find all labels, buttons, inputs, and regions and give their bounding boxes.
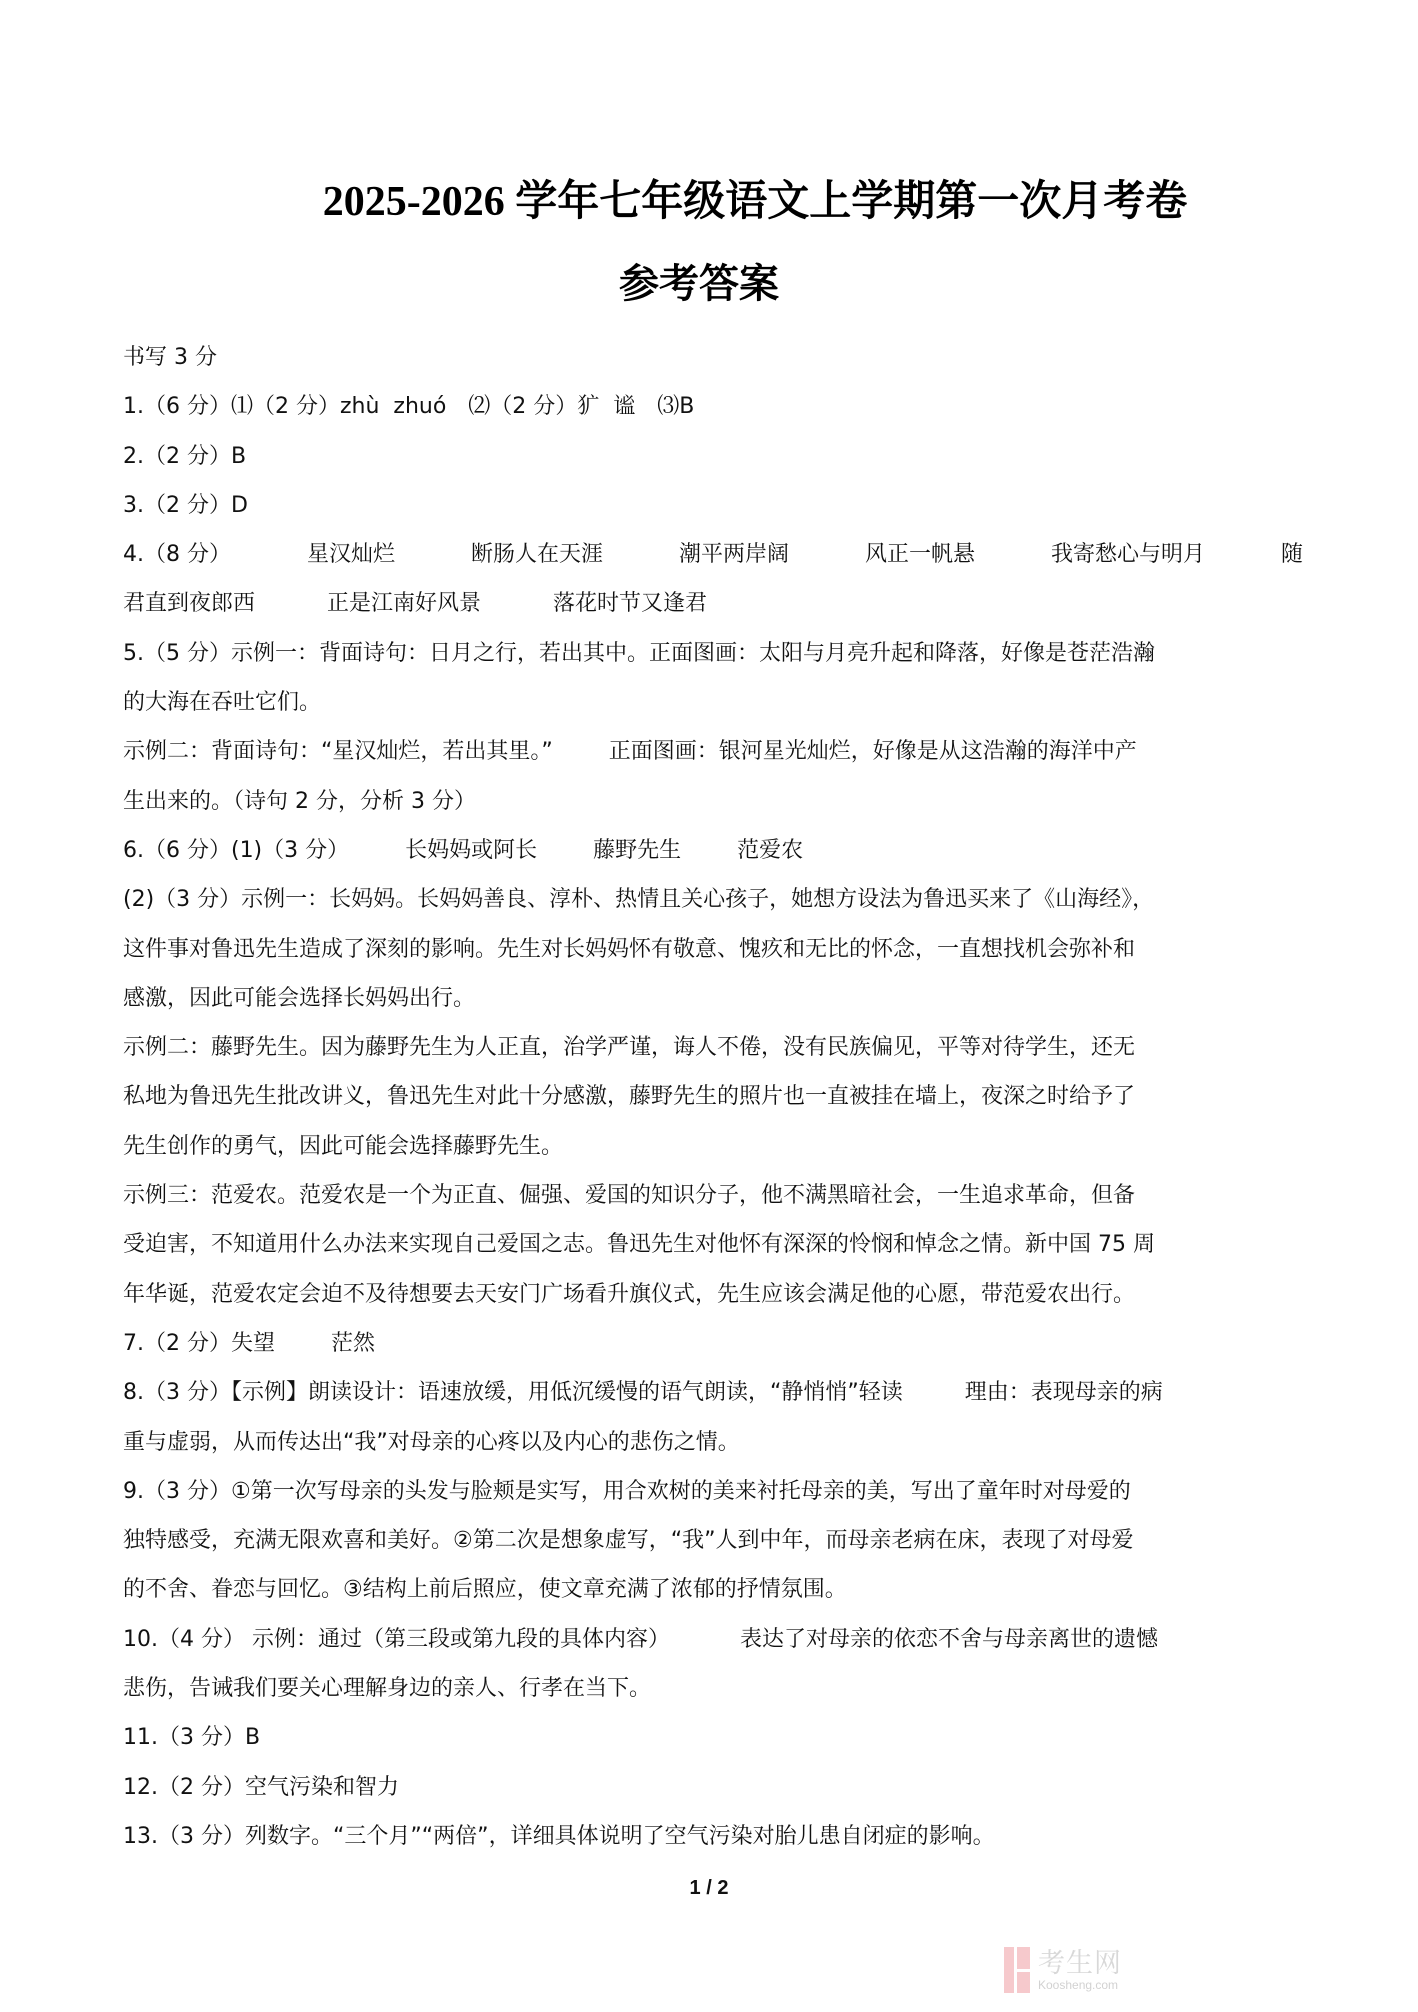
answer-q12: 12.（2 分） 空气污染和智力 [123, 1763, 1303, 1812]
answer-q8-line2: 重与虚弱，从而传达出“我”对母亲的心疼以及内心的悲伤之情。 [123, 1418, 1303, 1467]
page-subtitle: 参考答案 [0, 252, 1408, 309]
answer-q7: 7.（2 分） 失望 茫然 [123, 1319, 1303, 1368]
answer-q6-ex1-line3: 感激，因此可能会选择长妈妈出行。 [123, 974, 1303, 1023]
answer-key-page: 2025-2026 学年七年级语文上学期第一次月考卷 参考答案 书写 3 分 1… [0, 0, 1418, 2012]
watermark-domain: Koosheng.com [1038, 1979, 1122, 1991]
answer-q4-line2: 君直到夜郎西 正是江南好风景 落花时节又逢君 [123, 579, 1303, 628]
answer-q6-ex3-line1: 示例三：范爱农。范爱农是一个为正直、倔强、爱国的知识分子，他不满黑暗社会，一生追… [123, 1171, 1303, 1220]
answer-q1: 1.（6 分） ⑴（2 分）zhù zhuó ⑵（2 分）犷 谧 ⑶B [123, 382, 1303, 431]
q1-label: 1.（6 分） [123, 382, 231, 431]
answer-q5-line2: 的大海在吞吐它们。 [123, 678, 1303, 727]
answer-q6-ex2-line2: 私地为鲁迅先生批改讲义，鲁迅先生对此十分感激，藤野先生的照片也一直被挂在墙上，夜… [123, 1072, 1303, 1121]
answer-q6-part1: 6.（6 分）(1)（3 分） 长妈妈或阿长 藤野先生 范爱农 [123, 826, 1303, 875]
answer-q11: 11.（3 分） B [123, 1713, 1303, 1762]
answer-q8-line1: 8.（3 分）【示例】朗读设计：语速放缓，用低沉缓慢的语气朗读，“静悄悄”轻读 … [123, 1368, 1303, 1417]
answer-q10-line2: 悲伤，告诫我们要关心理解身边的亲人、行孝在当下。 [123, 1664, 1303, 1713]
watermark: 考生网 Koosheng.com [1004, 1946, 1164, 1994]
q1-part1: ⑴（2 分）zhù zhuó [231, 382, 446, 431]
answer-q9-line2: 独特感受，充满无限欢喜和美好。②第二次是想象虚写，“我”人到中年，而母亲老病在床… [123, 1516, 1303, 1565]
answer-q6-ex1-line1: (2)（3 分）示例一：长妈妈。长妈妈善良、淳朴、热情且关心孩子，她想方设法为鲁… [123, 875, 1303, 924]
answer-q4-line1: 4.（8 分） 星汉灿烂 断肠人在天涯 潮平两岸阔 风正一帆悬 我寄愁心与明月 … [123, 530, 1303, 579]
answer-q2: 2.（2 分） B [123, 432, 1303, 481]
answer-q5-line3: 示例二：背面诗句：“星汉灿烂，若出其里。” 正面图画：银河星光灿烂，好像是从这浩… [123, 727, 1303, 776]
answer-q13: 13.（3 分） 列数字。“三个月”“两倍”，详细具体说明了空气污染对胎儿患自闭… [123, 1812, 1303, 1861]
q1-part3: ⑶B [657, 382, 694, 431]
answer-q6-ex2-line1: 示例二：藤野先生。因为藤野先生为人正直，治学严谨，诲人不倦，没有民族偏见，平等对… [123, 1023, 1303, 1072]
watermark-name: 考生网 [1038, 1950, 1122, 1977]
answer-q3: 3.（2 分） D [123, 481, 1303, 530]
answer-q9-line3: 的不舍、眷恋与回忆。③结构上前后照应，使文章充满了浓郁的抒情氛围。 [123, 1565, 1303, 1614]
answer-q5-line1: 5.（5 分）示例一：背面诗句：日月之行，若出其中。正面图画：太阳与月亮升起和降… [123, 629, 1303, 678]
writing-score: 书写 3 分 [123, 333, 1303, 382]
answer-q6-ex1-line2: 这件事对鲁迅先生造成了深刻的影响。先生对长妈妈怀有敬意、愧疚和无比的怀念，一直想… [123, 925, 1303, 974]
answer-q6-ex3-line3: 年华诞，范爱农定会迫不及待想要去天安门广场看升旗仪式，先生应该会满足他的心愿，带… [123, 1270, 1303, 1319]
answer-body: 书写 3 分 1.（6 分） ⑴（2 分）zhù zhuó ⑵（2 分）犷 谧 … [123, 333, 1303, 1861]
answer-q9-line1: 9.（3 分）①第一次写母亲的头发与脸颊是实写，用合欢树的美来衬托母亲的美，写出… [123, 1467, 1303, 1516]
koosheng-logo-icon [1004, 1947, 1032, 1993]
answer-q5-line4: 生出来的。（诗句 2 分，分析 3 分） [123, 777, 1303, 826]
page-number: 1 / 2 [0, 1877, 1418, 1900]
answer-q6-ex2-line3: 先生创作的勇气，因此可能会选择藤野先生。 [123, 1122, 1303, 1171]
q1-part2: ⑵（2 分）犷 谧 [468, 382, 635, 431]
answer-q6-ex3-line2: 受迫害，不知道用什么办法来实现自己爱国之志。鲁迅先生对他怀有深深的怜悯和悼念之情… [123, 1220, 1303, 1269]
page-title: 2025-2026 学年七年级语文上学期第一次月考卷 [0, 168, 1418, 228]
answer-q10-line1: 10.（4 分） 示例：通过（第三段或第九段的具体内容） 表达了对母亲的依恋不舍… [123, 1615, 1303, 1664]
